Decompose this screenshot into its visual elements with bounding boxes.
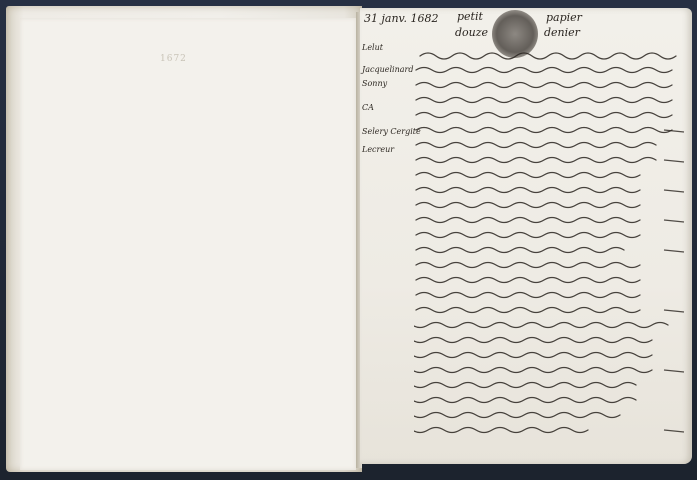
left-page-blank-sheet: 1672 <box>20 18 356 470</box>
stamp-label-douze: douze <box>455 26 488 39</box>
stamp-label-denier: denier <box>544 26 580 39</box>
right-page: 31 janv. 1682 petit douze papier denier … <box>360 8 692 464</box>
stamp-label-papier: papier <box>546 11 582 24</box>
handwritten-body-text <box>414 48 690 448</box>
left-page: 1672 <box>6 6 362 472</box>
header-date: 31 janv. 1682 <box>364 12 438 25</box>
stamp-label-petit: petit <box>457 10 483 23</box>
bleed-through-text: 1672 <box>160 54 187 64</box>
